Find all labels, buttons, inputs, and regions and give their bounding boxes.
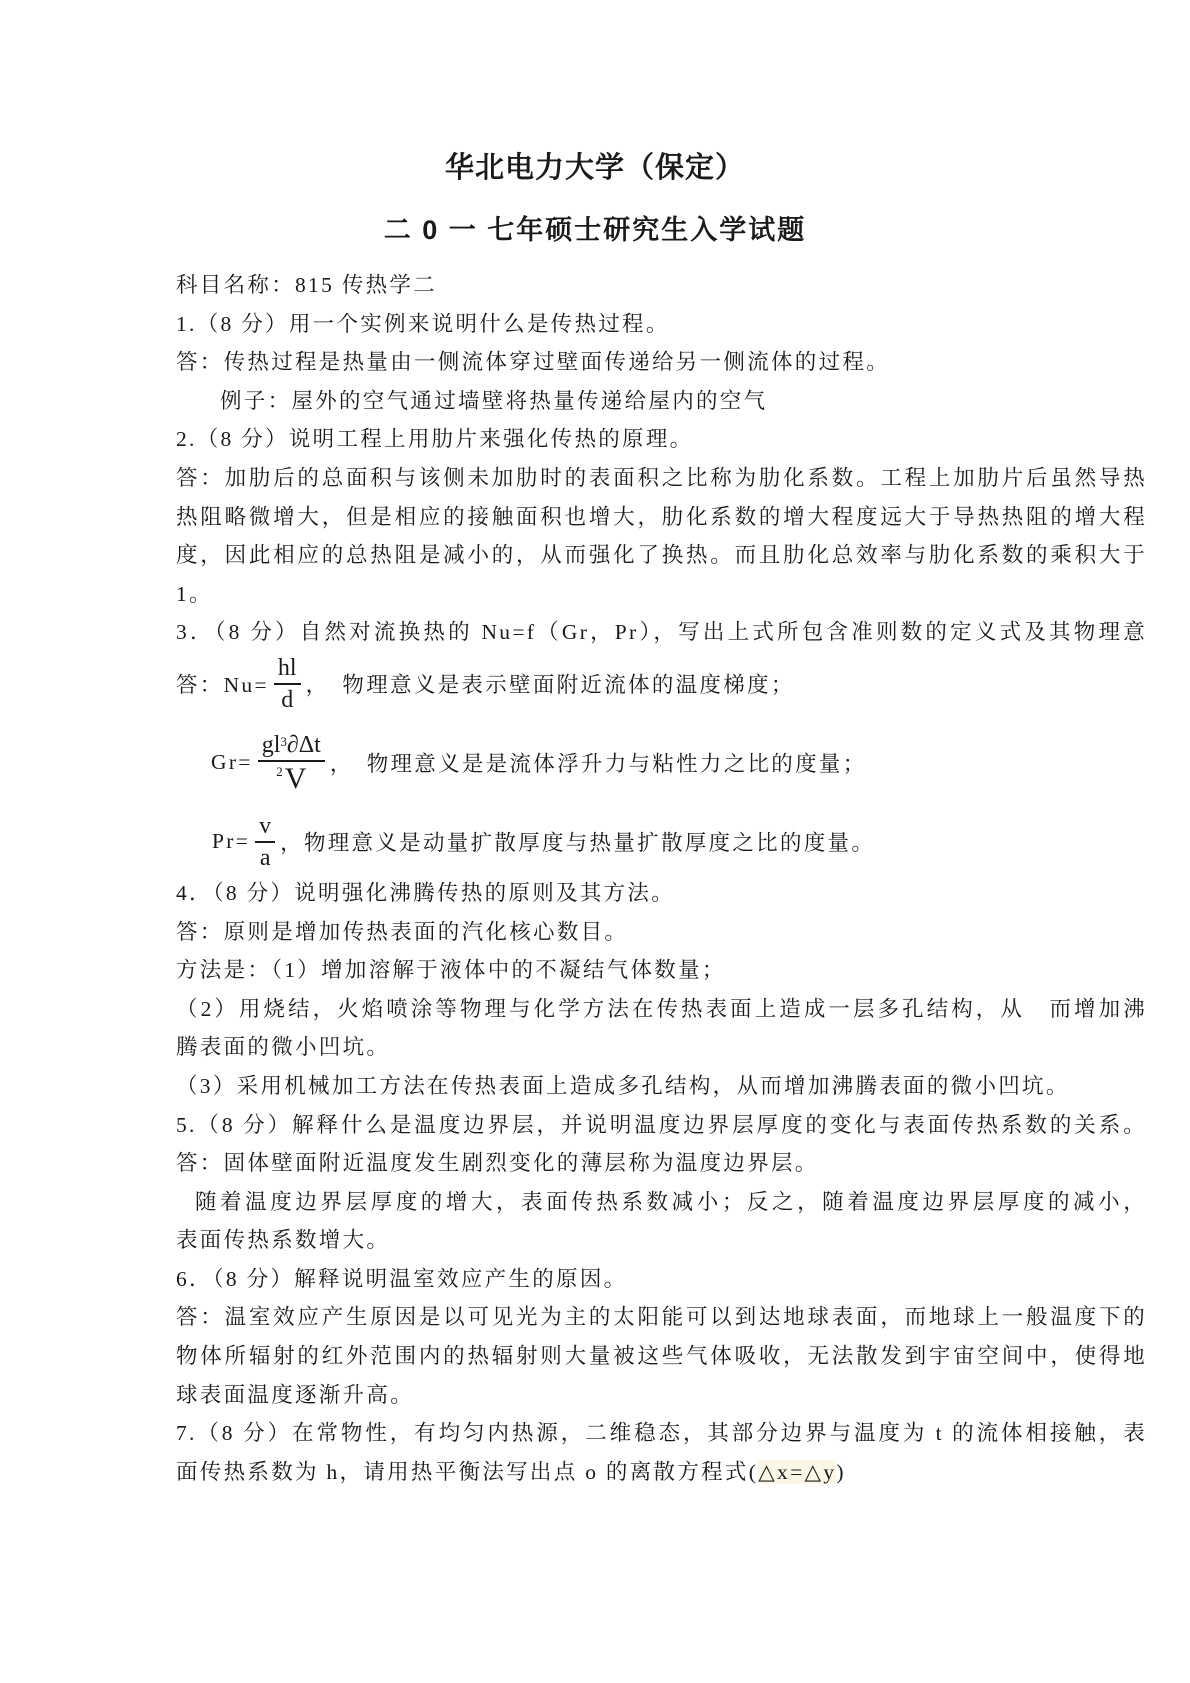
document-body: 科目名称：815 传热学二 1.（8 分）用一个实例来说明什么是传热过程。 答：… xyxy=(176,266,1147,1491)
gr-denominator: 2V xyxy=(276,762,306,792)
pr-fraction: v a xyxy=(255,814,275,870)
gr-num-rest: ∂Δt xyxy=(287,732,321,758)
answer-1-example: 例子：屋外的空气通过墙壁将热量传递给屋内的空气 xyxy=(176,382,1147,421)
gr-numerator: gl3∂Δt xyxy=(258,733,325,762)
question-4: 4．（8 分）说明强化沸腾传热的原则及其方法。 xyxy=(176,874,1147,913)
formula-pr: Pr= v a ，物理意义是动量扩散厚度与热量扩散厚度之比的度量。 xyxy=(176,810,1147,874)
answer-4-method-3: （3）采用机械加工方法在传热表面上造成多孔结构，从而增加沸腾表面的微小凹坑。 xyxy=(176,1067,1147,1106)
question-3: 3．（8 分）自然对流换热的 Nu=f（Gr，Pr），写出上式所包含准则数的定义… xyxy=(176,613,1147,652)
question-7-line-2: 面传热系数为 h，请用热平衡法写出点 o 的离散方程式(△x=△y) xyxy=(176,1453,1147,1492)
gr-num-g: g xyxy=(262,732,274,758)
exam-title: 二 0 一 七年硕士研究生入学试题 xyxy=(0,210,1190,250)
answer-2-line-2: 热阻略微增大，但是相应的接触面积也增大，肋化系数的增大程度远大于导热热阻的增大程 xyxy=(176,498,1147,537)
question-7-line-1: 7.（8 分）在常物性，有均匀内热源，二维稳态，其部分边界与温度为 t 的流体相… xyxy=(176,1414,1147,1453)
formula-nu-meaning: ， 物理意义是表示壁面附近流体的温度梯度； xyxy=(306,668,795,699)
answer-4-method-2: （2）用烧结，火焰喷涂等物理与化学方法在传热表面上造成一层多孔结构，从 而增加沸 xyxy=(176,990,1147,1029)
answer-4-method-1: 方法是：（1）增加溶解于液体中的不凝结气体数量； xyxy=(176,951,1147,990)
answer-5-line-1: 答：固体壁面附近温度发生剧烈变化的薄层称为温度边界层。 xyxy=(176,1144,1147,1183)
university-title: 华北电力大学（保定） xyxy=(0,148,1190,188)
question-5: 5.（8 分）解释什么是温度边界层，并说明温度边界层厚度的变化与表面传热系数的关… xyxy=(176,1106,1147,1145)
exam-document-page: 华北电力大学（保定） 二 0 一 七年硕士研究生入学试题 科目名称：815 传热… xyxy=(0,0,1190,1683)
gr-den-base: V xyxy=(285,765,307,792)
gr-fraction: gl3∂Δt 2V xyxy=(258,733,325,792)
formula-nu-prefix: 答：Nu= xyxy=(176,668,269,699)
answer-1: 答：传热过程是热量由一侧流体穿过壁面传递给另一侧流体的过程。 xyxy=(176,343,1147,382)
question-1: 1.（8 分）用一个实例来说明什么是传热过程。 xyxy=(176,305,1147,344)
nu-fraction: hl d xyxy=(274,656,301,712)
pr-denominator: a xyxy=(260,843,271,870)
formula-gr: Gr= gl3∂Δt 2V ， 物理意义是是流体浮升力与粘性力之比的度量； xyxy=(176,716,1147,810)
question-2: 2.（8 分）说明工程上用肋片来强化传热的原理。 xyxy=(176,420,1147,459)
question-7-highlighted-condition: △x=△y xyxy=(758,1460,836,1484)
gr-den-exponent: 2 xyxy=(276,765,283,778)
answer-2-line-4: 1。 xyxy=(176,575,1147,614)
pr-numerator: v xyxy=(255,814,275,843)
answer-6-line-2: 物体所辐射的红外范围内的热辐射则大量被这些气体吸收，无法散发到宇宙空间中，使得地 xyxy=(176,1337,1147,1376)
nu-numerator: hl xyxy=(274,656,301,685)
question-7-line-2-pre: 面传热系数为 h，请用热平衡法写出点 o 的离散方程式( xyxy=(176,1460,758,1484)
subject-line: 科目名称：815 传热学二 xyxy=(176,266,1147,305)
answer-2-line-3: 度，因此相应的总热阻是减小的，从而强化了换热。而且肋化总效率与肋化系数的乘积大于 xyxy=(176,536,1147,575)
question-7-line-2-post: ) xyxy=(836,1460,845,1484)
answer-4-principle: 答：原则是增加传热表面的汽化核心数目。 xyxy=(176,913,1147,952)
formula-gr-meaning: ， 物理意义是是流体浮升力与粘性力之比的度量； xyxy=(330,747,867,778)
answer-5-line-3: 表面传热系数增大。 xyxy=(176,1221,1147,1260)
answer-2-line-1: 答：加肋后的总面积与该侧未加肋时的表面积之比称为肋化系数。工程上加肋片后虽然导热 xyxy=(176,459,1147,498)
question-6: 6．（8 分）解释说明温室效应产生的原因。 xyxy=(176,1260,1147,1299)
formula-pr-meaning: ，物理意义是动量扩散厚度与热量扩散厚度之比的度量。 xyxy=(280,826,875,857)
formula-nu: 答：Nu= hl d ， 物理意义是表示壁面附近流体的温度梯度； xyxy=(176,652,1147,716)
answer-6-line-3: 球表面温度逐渐升高。 xyxy=(176,1376,1147,1415)
nu-denominator: d xyxy=(281,685,293,712)
answer-6-line-1: 答：温室效应产生原因是以可见光为主的太阳能可以到达地球表面，而地球上一般温度下的 xyxy=(176,1298,1147,1337)
formula-gr-prefix: Gr= xyxy=(211,750,253,775)
answer-5-line-2: 随着温度边界层厚度的增大，表面传热系数减小；反之，随着温度边界层厚度的减小， xyxy=(176,1183,1147,1222)
answer-4-method-2-cont: 腾表面的微小凹坑。 xyxy=(176,1028,1147,1067)
formula-pr-prefix: Pr= xyxy=(212,829,250,854)
